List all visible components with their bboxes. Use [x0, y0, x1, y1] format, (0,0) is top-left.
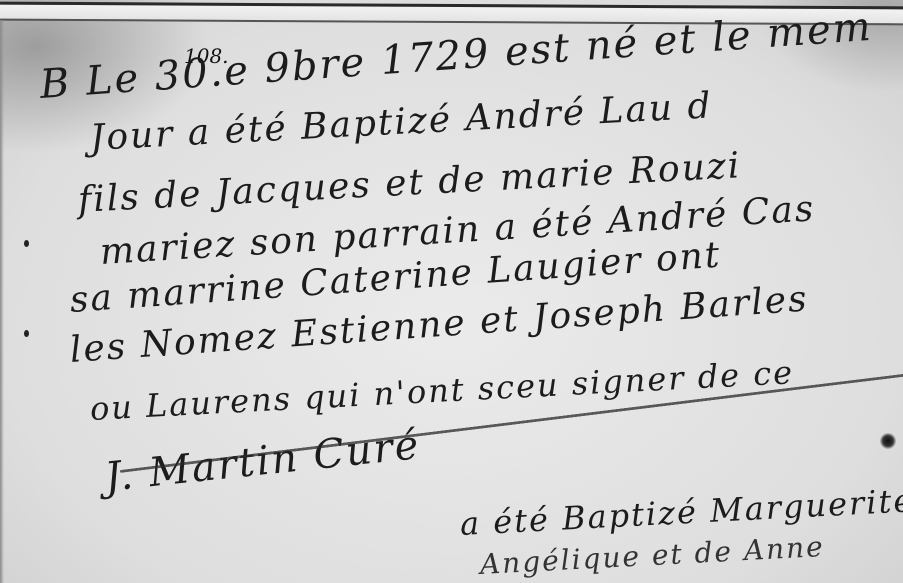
ink-blot	[880, 433, 896, 449]
priest-signature: J. Martin Curé	[103, 422, 423, 501]
next-record-line-1: a été Baptizé Marguerite	[459, 481, 903, 543]
margin-mark	[24, 330, 29, 337]
manuscript-page: 108. B Le 30.e 9bre 1729 est né et le me…	[0, 0, 903, 583]
page-left-edge	[0, 20, 4, 583]
record-line-7: ou Laurens qui n'ont sceu signer de ce	[89, 353, 795, 428]
margin-mark	[24, 240, 29, 247]
